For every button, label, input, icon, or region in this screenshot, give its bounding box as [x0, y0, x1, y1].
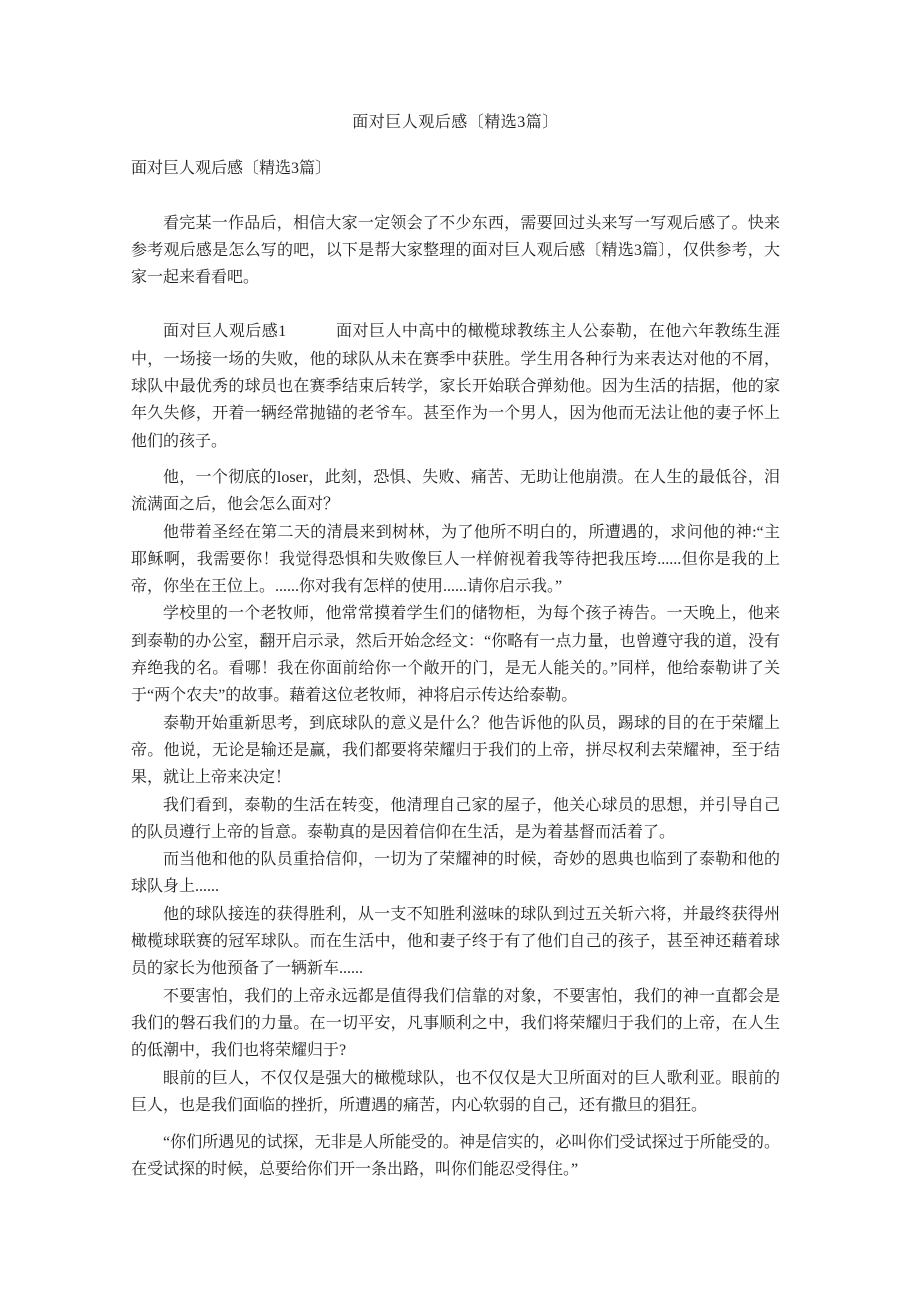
paragraph-rethink: 泰勒开始重新思考，到底球队的意义是什么？他告诉他的队员，踢球的目的在于荣耀上帝。… — [131, 710, 780, 792]
paragraph-giants-meaning: 眼前的巨人，不仅仅是强大的橄榄球队，也不仅仅是大卫所面对的巨人歌利亚。眼前的巨人… — [131, 1065, 780, 1120]
document-page: 面对巨人观后感〔精选3篇〕 面对巨人观后感〔精选3篇〕 看完某一作品后，相信大家… — [131, 109, 780, 1184]
paragraph-fear-not: 不要害怕，我们的上帝永远都是值得我们信靠的对象，不要害怕，我们的神一直都会是我们… — [131, 983, 780, 1065]
paragraph-intro: 看完某一作品后，相信大家一定领会了不少东西，需要回过头来写一写观后感了。快来参考… — [131, 210, 780, 292]
paragraph-loser: 他，一个彻底的loser，此刻，恐惧、失败、痛苦、无助让他崩溃。在人生的最低谷，… — [131, 464, 780, 519]
paragraph-prayer: 他带着圣经在第二天的清晨来到树林，为了他所不明白的，所遭遇的，求问他的神:“主耶… — [131, 519, 780, 601]
paragraph-review1-opening: 面对巨人观后感1 面对巨人中高中的橄榄球教练主人公泰勒，在他六年教练生涯中，一场… — [131, 318, 780, 454]
paragraph-life-change: 我们看到，泰勒的生活在转变，他清理自己家的屋子，他关心球员的思想，并引导自己的队… — [131, 792, 780, 847]
paragraph-grace: 而当他和他的队员重拾信仰，一切为了荣耀神的时候，奇妙的恩典也临到了泰勒和他的球队… — [131, 846, 780, 901]
document-subtitle: 面对巨人观后感〔精选3篇〕 — [131, 155, 780, 182]
paragraph-scripture-quote: “你们所遇见的试探，无非是人所能受的。神是信实的，必叫你们受试探过于所能受的。在… — [131, 1129, 780, 1184]
paragraph-old-pastor: 学校里的一个老牧师，他常常摸着学生们的储物柜，为每个孩子祷告。一天晚上，他来到泰… — [131, 600, 780, 709]
document-title: 面对巨人观后感〔精选3篇〕 — [131, 109, 780, 136]
paragraph-victories: 他的球队接连的获得胜利，从一支不知胜利滋味的球队到过五关斩六将，并最终获得州橄榄… — [131, 901, 780, 983]
